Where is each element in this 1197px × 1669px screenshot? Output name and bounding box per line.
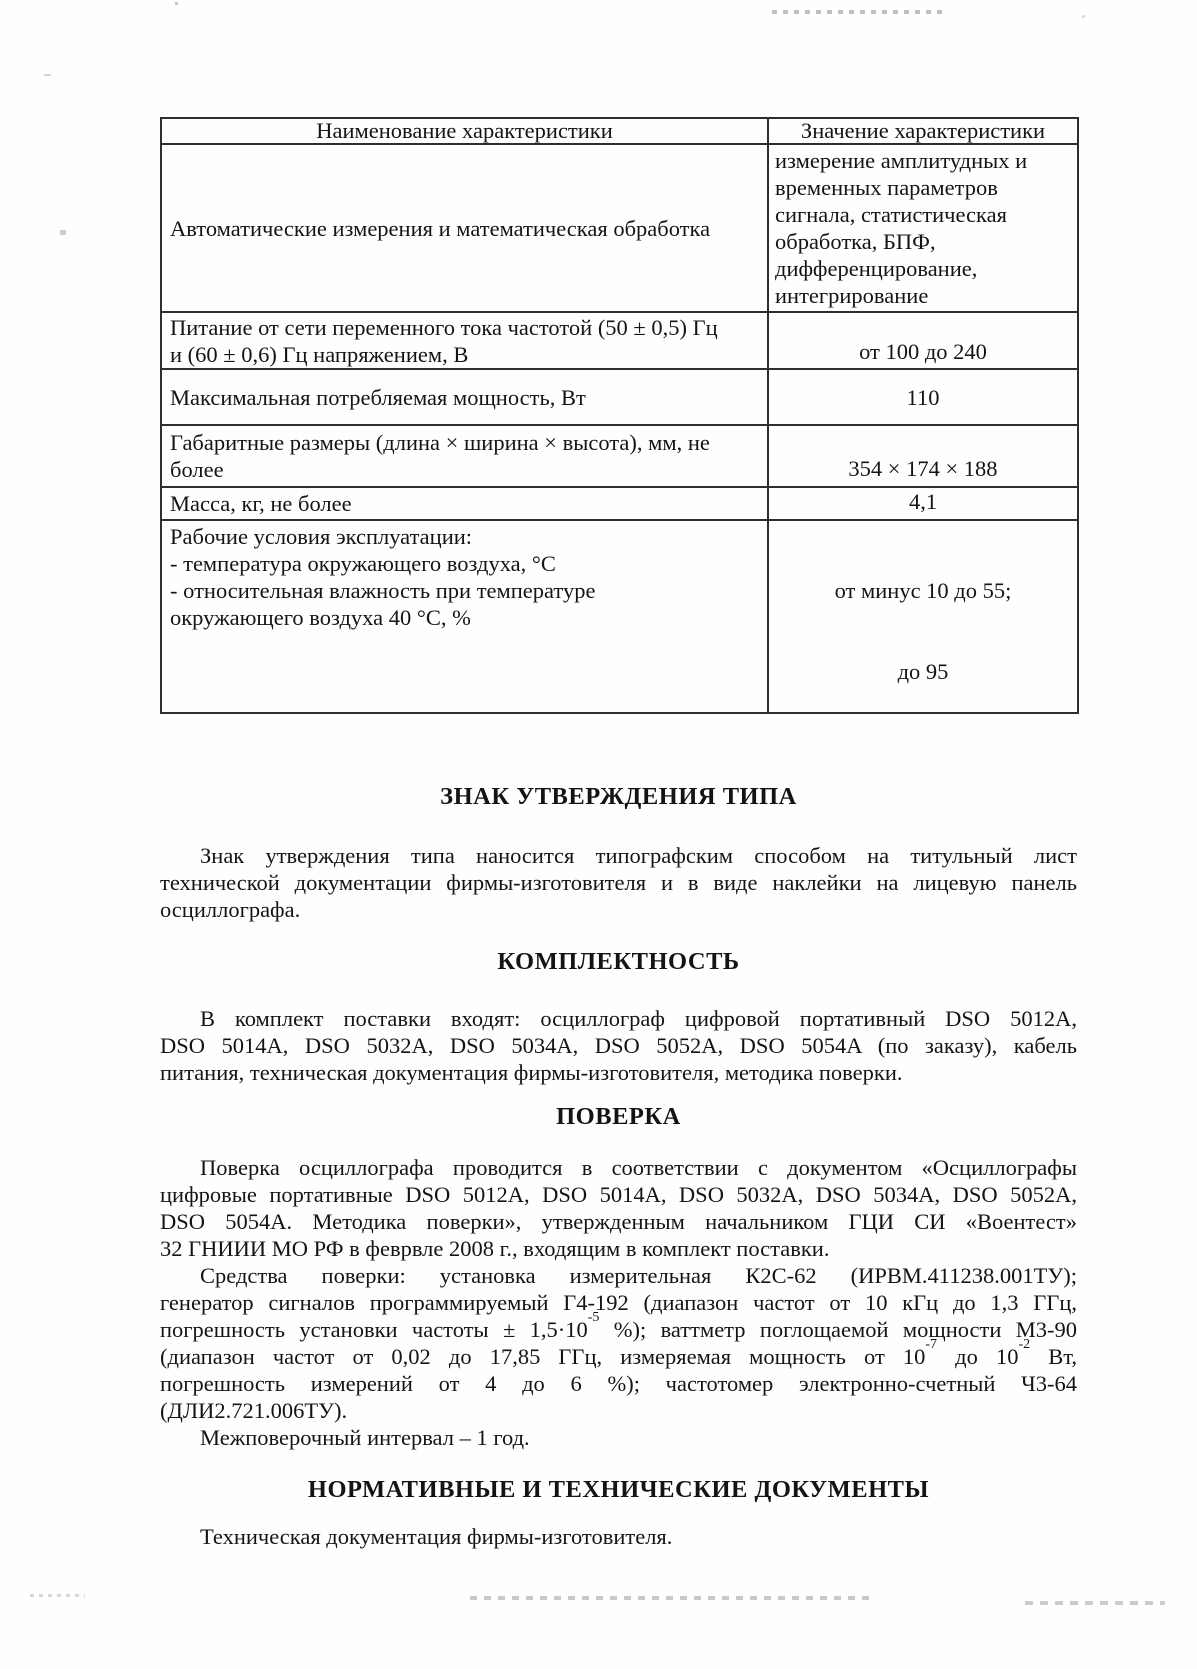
section-heading-completeness: КОМПЛЕКТНОСТЬ [160,947,1077,977]
text-segment: Вт, [1030,1344,1077,1369]
section-heading-type-approval: ЗНАК УТВЕРЖДЕНИЯ ТИПА [160,782,1077,812]
value-line: до 95 [777,658,1069,685]
table-row: Масса, кг, не более 4,1 [161,487,1078,520]
text-line: DSO 5054A. Методика поверки», утвержденн… [160,1208,1077,1235]
text-line: (ДЛИ2.721.006ТУ). [160,1397,1077,1424]
document-page: Наименование характеристики Значение хар… [0,0,1197,1669]
table-header-row: Наименование характеристики Значение хар… [161,118,1078,144]
table-row: Габаритные размеры (длина × ширина × выс… [161,425,1078,487]
specs-table: Наименование характеристики Значение хар… [160,117,1079,714]
section-heading-verification: ПОВЕРКА [160,1102,1077,1132]
characteristic-value-cell: 110 [768,369,1078,425]
paragraph-verification-1: Поверка осциллографа проводится в соотве… [160,1154,1077,1262]
text-segment: (диапазон частот от 0,02 до 17,85 ГГц, и… [160,1344,925,1369]
paragraph-verification-2: Средства поверки: установка измерительна… [160,1262,1077,1424]
scan-artifact [1025,1601,1165,1605]
paragraph-normative-documents: Техническая документация фирмы-изготовит… [160,1523,1077,1550]
scan-artifact [60,230,66,235]
scan-artifact [470,1596,875,1600]
scan-artifact [44,74,51,76]
text-segment: погрешность установки частоты ± 1,5·10 [160,1317,588,1342]
scan-artifact [30,1594,85,1597]
characteristic-name-cell: Питание от сети переменного тока частото… [161,312,768,369]
exponent: -5 [588,1310,600,1325]
header-characteristic-value: Значение характеристики [768,118,1078,144]
table-row: Автоматические измерения и математическа… [161,144,1078,312]
section-heading-normative-documents: НОРМАТИВНЫЕ И ТЕХНИЧЕСКИЕ ДОКУМЕНТЫ [160,1475,1077,1505]
scan-artifact [175,2,178,5]
table-row: Рабочие условия эксплуатации: - температ… [161,520,1078,713]
text-line: Поверка осциллографа проводится в соотве… [160,1154,1077,1181]
text-line: цифровые портативные DSO 5012A, DSO 5014… [160,1181,1077,1208]
text-line: Средства поверки: установка измерительна… [160,1262,1077,1289]
text-line: питания, техническая документация фирмы-… [160,1059,1077,1086]
text-line: осциллографа. [160,896,1077,923]
paragraph-type-approval: Знак утверждения типа наносится типограф… [160,842,1077,923]
paragraph-completeness: В комплект поставки входят: осциллограф … [160,1005,1077,1086]
scan-artifact [1082,15,1085,18]
characteristic-name-cell: Габаритные размеры (длина × ширина × выс… [161,425,768,487]
table-row: Максимальная потребляемая мощность, Вт 1… [161,369,1078,425]
text-line: 32 ГНИИИ МО РФ в феврвле 2008 г., входящ… [160,1235,1077,1262]
text-line: погрешность установки частоты ± 1,5·10-5… [160,1316,1077,1343]
characteristic-value-cell: 354 × 174 × 188 [768,425,1078,487]
document-content: Наименование характеристики Значение хар… [160,117,1077,1550]
text-line: погрешность измерений от 4 до 6 %); част… [160,1370,1077,1397]
text-segment: %); ваттметр поглощаемой мощности М3-90 [599,1317,1077,1342]
header-characteristic-name: Наименование характеристики [161,118,768,144]
text-line: технической документации фирмы-изготовит… [160,869,1077,896]
text-line: (диапазон частот от 0,02 до 17,85 ГГц, и… [160,1343,1077,1370]
characteristic-name-cell: Масса, кг, не более [161,487,768,520]
table-row: Питание от сети переменного тока частото… [161,312,1078,369]
characteristic-value-cell: 4,1 [768,487,1078,520]
characteristic-name-cell: Максимальная потребляемая мощность, Вт [161,369,768,425]
characteristic-value-cell: измерение амплитудных и временных параме… [768,144,1078,312]
characteristic-value-cell: от минус 10 до 55; до 95 [768,520,1078,713]
exponent: -7 [925,1337,937,1352]
text-line: генератор сигналов программируемый Г4-19… [160,1289,1077,1316]
text-line: Знак утверждения типа наносится типограф… [160,842,1077,869]
exponent: -2 [1018,1337,1030,1352]
paragraph-verification-interval: Межповерочный интервал – 1 год. [160,1424,1077,1451]
text-line: В комплект поставки входят: осциллограф … [160,1005,1077,1032]
characteristic-name-cell: Рабочие условия эксплуатации: - температ… [161,520,768,713]
scan-artifact [772,10,948,14]
characteristic-name-cell: Автоматические измерения и математическа… [161,144,768,312]
text-segment: до 10 [937,1344,1018,1369]
value-line: от минус 10 до 55; [777,577,1069,604]
characteristic-value-cell: от 100 до 240 [768,312,1078,369]
text-line: DSO 5014A, DSO 5032A, DSO 5034A, DSO 505… [160,1032,1077,1059]
